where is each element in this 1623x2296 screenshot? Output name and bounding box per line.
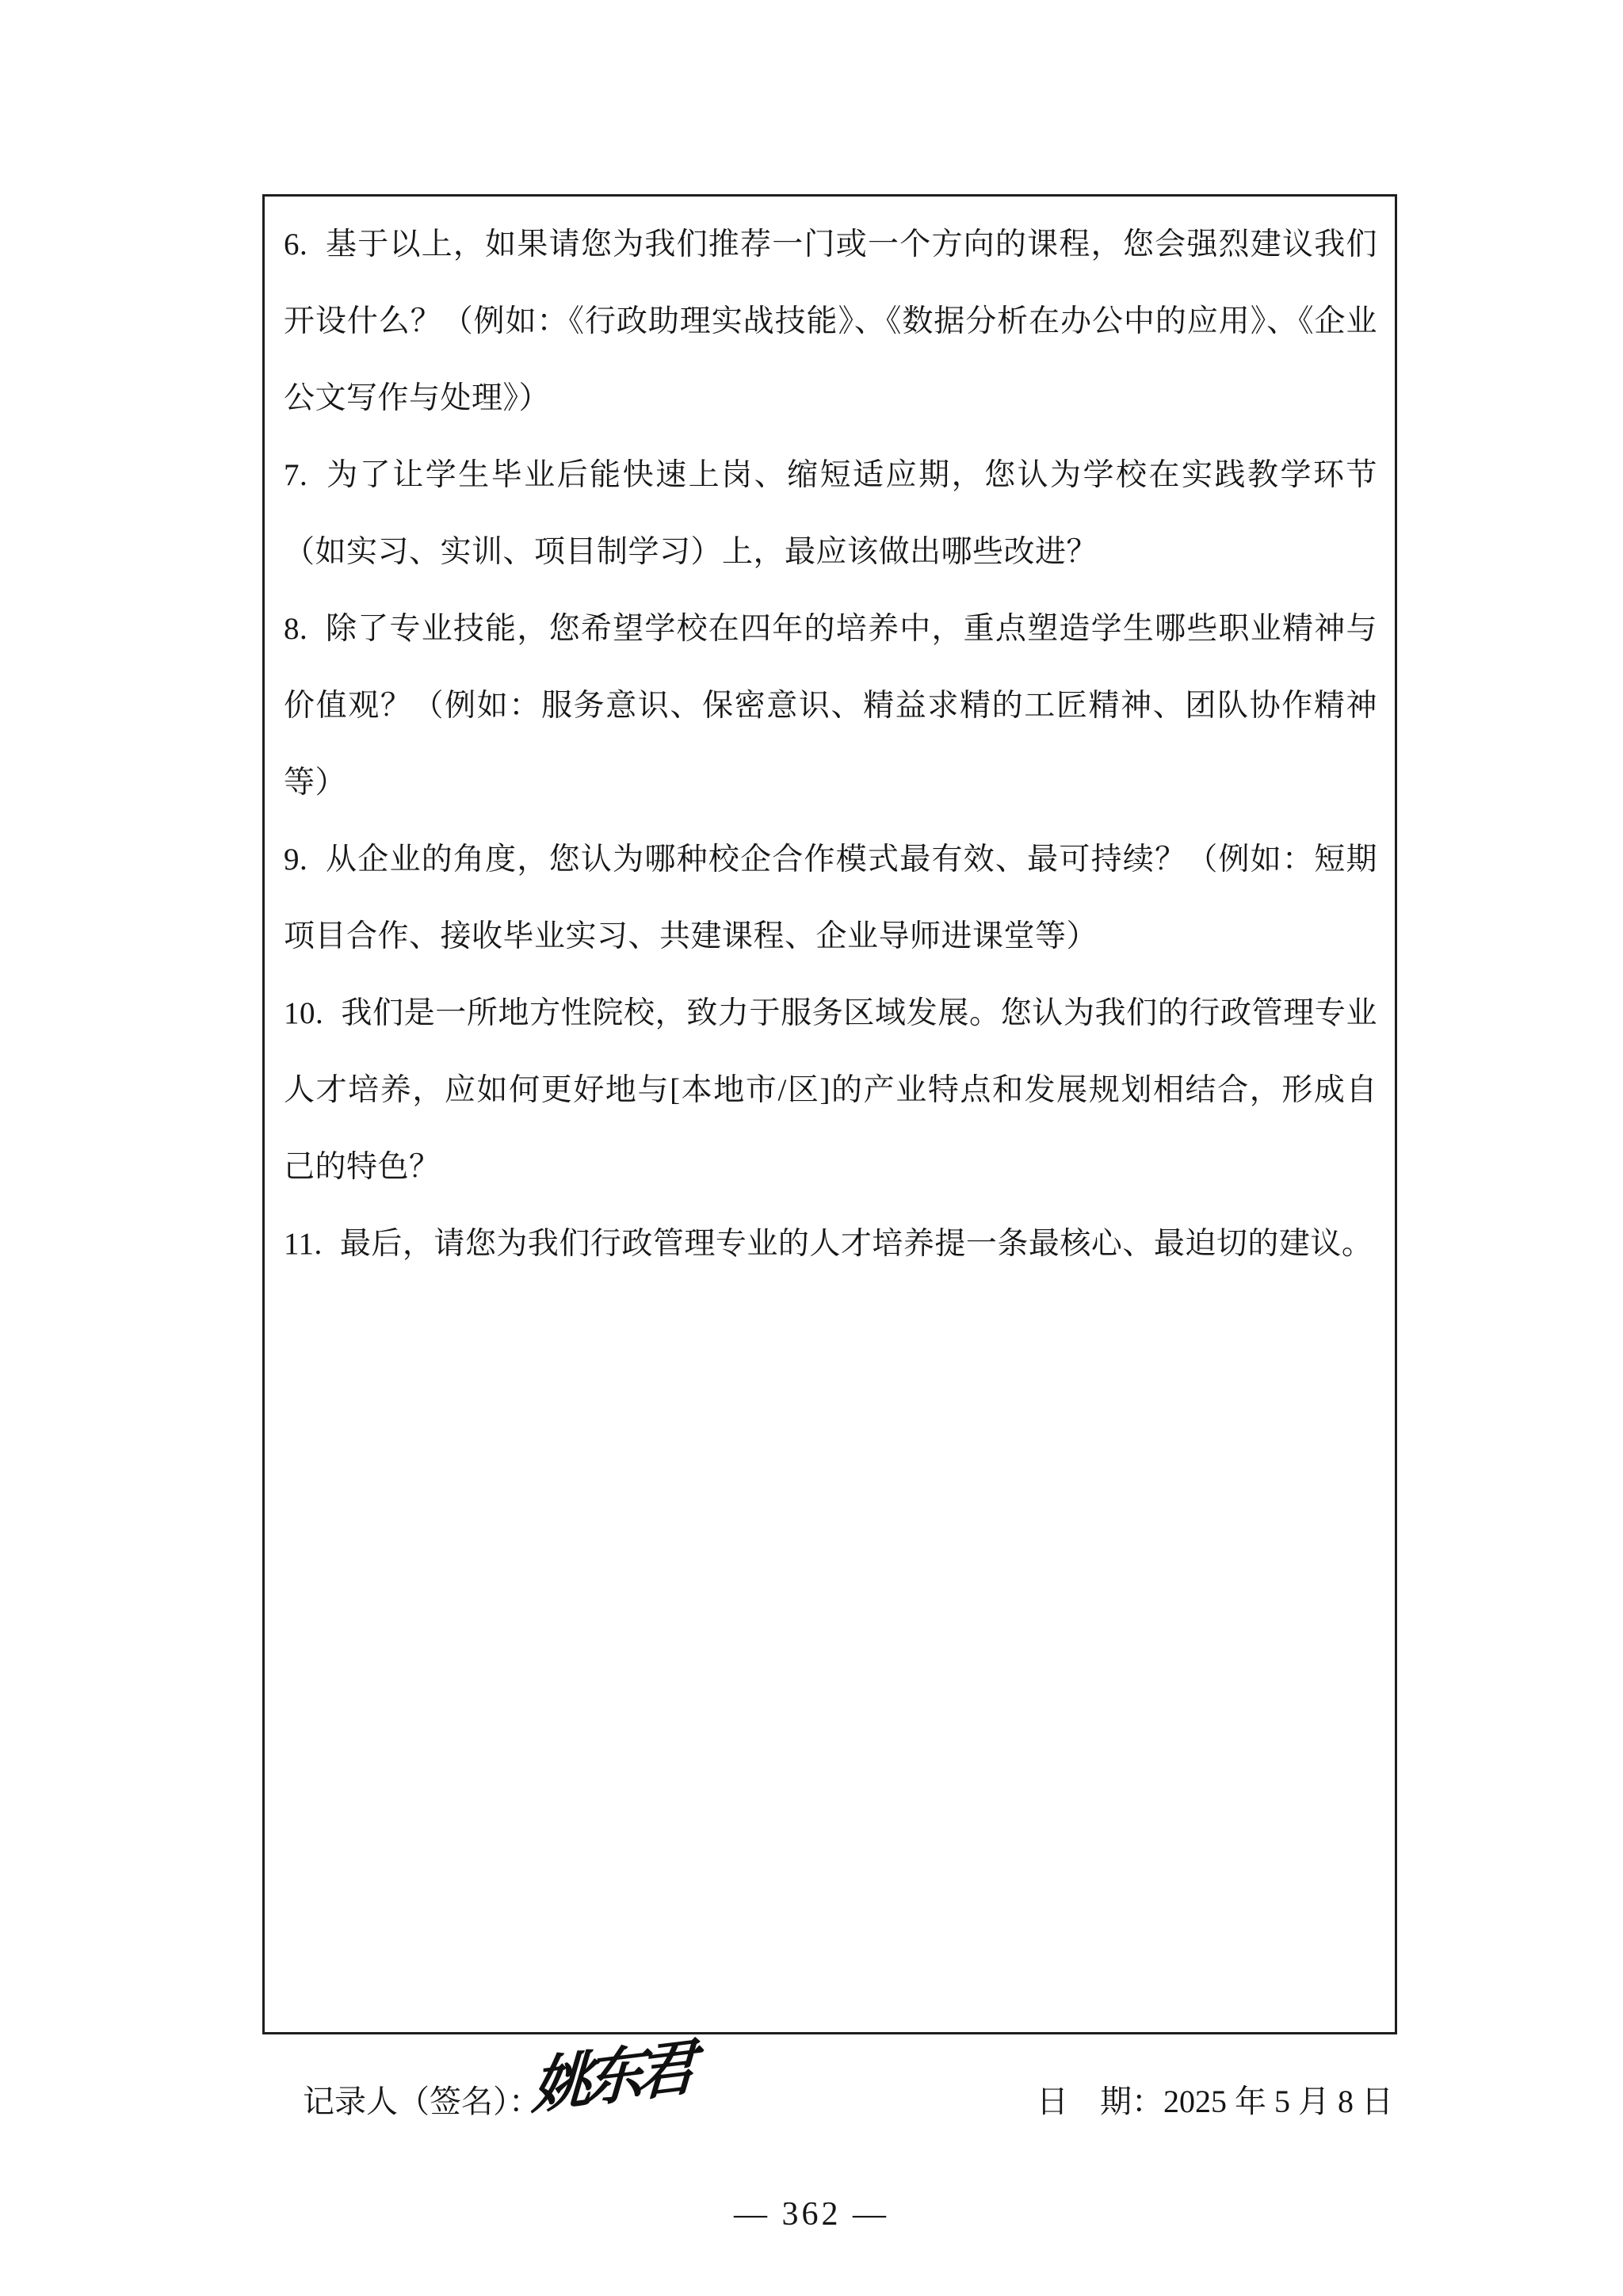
question-item-8: 8.除了专业技能，您希望学校在四年的培养中，重点塑造学生哪些职业精神与价值观？（… (284, 590, 1377, 821)
signature-row: 记录人（签名）： 姚东君 日 期：2025 年 5 月 8 日 (0, 2059, 1623, 2162)
question-number: 9. (284, 842, 307, 877)
recorder-signature: 姚东君 (530, 2019, 690, 2126)
question-number: 7. (284, 458, 307, 492)
question-number: 11. (284, 1227, 323, 1261)
question-text: 从企业的角度，您认为哪种校企合作模式最有效、最可持续？（例如：短期项目合作、接收… (284, 842, 1377, 953)
question-text: 我们是一所地方性院校，致力于服务区域发展。您认为我们的行政管理专业人才培养，应如… (284, 996, 1377, 1184)
question-item-6: 6.基于以上，如果请您为我们推荐一门或一个方向的课程，您会强烈建议我们开设什么？… (284, 206, 1377, 437)
date-label: 日 期：2025 年 5 月 8 日 (1037, 2076, 1393, 2122)
recorder-label: 记录人（签名）： (303, 2076, 540, 2122)
question-item-11: 11.最后，请您为我们行政管理专业的人才培养提一条最核心、最迫切的建议。 (284, 1205, 1377, 1282)
question-number: 10. (284, 996, 323, 1030)
page-number: — 362 — (0, 2195, 1623, 2233)
question-text: 除了专业技能，您希望学校在四年的培养中，重点塑造学生哪些职业精神与价值观？（例如… (284, 612, 1377, 800)
question-item-9: 9.从企业的角度，您认为哪种校企合作模式最有效、最可持续？（例如：短期项目合作、… (284, 821, 1377, 975)
question-number: 8. (284, 612, 307, 646)
question-text: 为了让学生毕业后能快速上岗、缩短适应期，您认为学校在实践教学环节（如实习、实训、… (284, 458, 1377, 569)
question-text: 最后，请您为我们行政管理专业的人才培养提一条最核心、最迫切的建议。 (340, 1227, 1373, 1261)
questionnaire-box: 6.基于以上，如果请您为我们推荐一门或一个方向的课程，您会强烈建议我们开设什么？… (262, 194, 1397, 2034)
question-text: 基于以上，如果请您为我们推荐一门或一个方向的课程，您会强烈建议我们开设什么？（例… (284, 227, 1377, 415)
question-item-7: 7.为了让学生毕业后能快速上岗、缩短适应期，您认为学校在实践教学环节（如实习、实… (284, 437, 1377, 590)
question-item-10: 10.我们是一所地方性院校，致力于服务区域发展。您认为我们的行政管理专业人才培养… (284, 975, 1377, 1205)
question-number: 6. (284, 227, 307, 262)
